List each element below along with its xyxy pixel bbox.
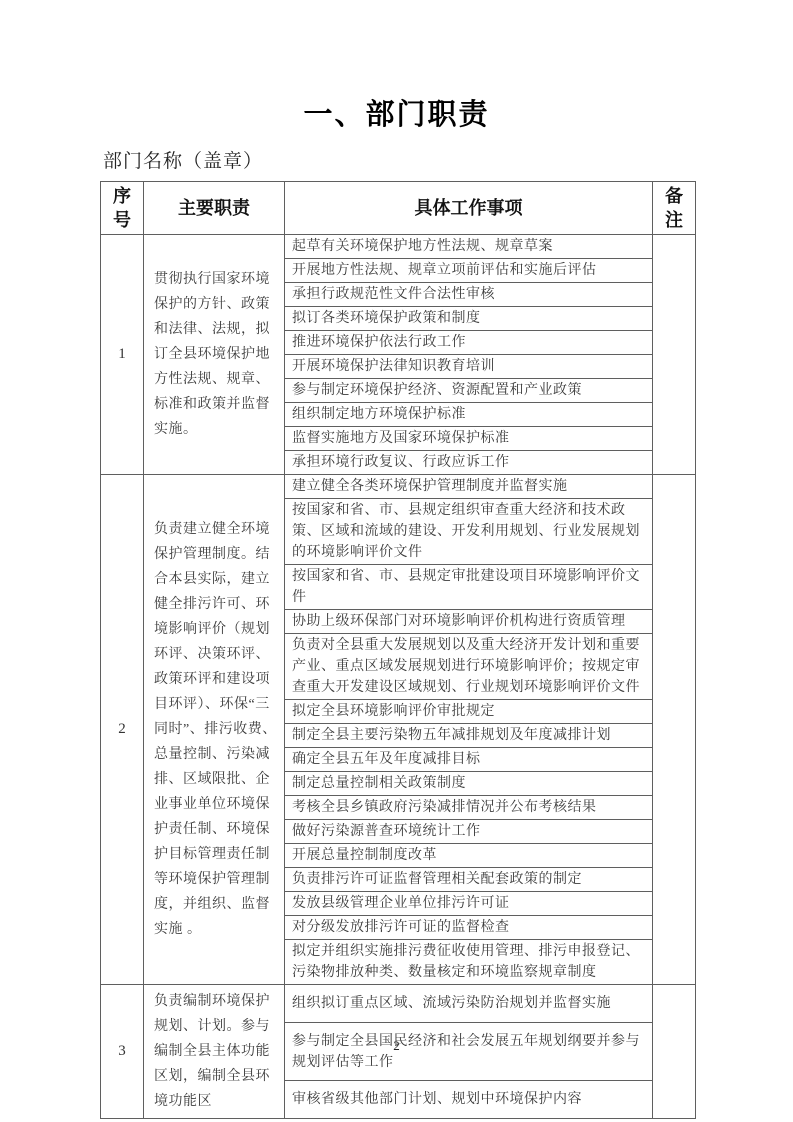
table-header-row: 序号 主要职责 具体工作事项 备注 <box>101 182 695 235</box>
work-item-cell: 拟定并组织实施排污费征收使用管理、排污申报登记、污染物排放种类、数量核定和环境监… <box>285 940 652 984</box>
work-item-cell: 制定总量控制相关政策制度 <box>285 772 652 796</box>
header-main-duty: 主要职责 <box>144 182 285 234</box>
work-item-cell: 负责对全县重大发展规划以及重大经济开发计划和重要产业、重点区域发展规划进行环境影… <box>285 634 652 700</box>
page-title: 一、部门职责 <box>0 92 793 133</box>
main-duty-cell: 贯彻执行国家环境保护的方针、政策和法律、法规，拟订全县环境保护地方性法规、规章、… <box>144 235 285 474</box>
work-items-column: 建立健全各类环境保护管理制度并监督实施按国家和省、市、县规定组织审查重大经济和技… <box>285 475 653 984</box>
work-item-cell: 起草有关环境保护地方性法规、规章草案 <box>285 235 652 259</box>
remark-cell <box>653 235 695 474</box>
page-number: 2 <box>0 1038 793 1054</box>
work-item-cell: 组织制定地方环境保护标准 <box>285 403 652 427</box>
work-item-cell: 制定全县主要污染物五年减排规划及年度减排计划 <box>285 724 652 748</box>
header-remark: 备注 <box>653 182 695 234</box>
remark-cell <box>653 475 695 984</box>
row-index-cell: 2 <box>101 475 144 984</box>
work-item-cell: 开展环境保护法律知识教育培训 <box>285 355 652 379</box>
work-item-cell: 组织拟订重点区域、流域污染防治规划并监督实施 <box>285 985 652 1023</box>
header-work-items: 具体工作事项 <box>285 182 653 234</box>
work-item-cell: 承担行政规范性文件合法性审核 <box>285 283 652 307</box>
work-item-cell: 对分级发放排污许可证的监督检查 <box>285 916 652 940</box>
work-item-cell: 审核省级其他部门计划、规划中环境保护内容 <box>285 1081 652 1118</box>
department-name-label: 部门名称（盖章） <box>103 146 263 173</box>
row-index-cell: 1 <box>101 235 144 474</box>
work-item-cell: 做好污染源普查环境统计工作 <box>285 820 652 844</box>
work-item-cell: 按国家和省、市、县规定组织审查重大经济和技术政策、区域和流域的建设、开发利用规划… <box>285 499 652 565</box>
table-body: 1贯彻执行国家环境保护的方针、政策和法律、法规，拟订全县环境保护地方性法规、规章… <box>101 235 695 1118</box>
work-item-cell: 负责排污许可证监督管理相关配套政策的制定 <box>285 868 652 892</box>
work-item-cell: 建立健全各类环境保护管理制度并监督实施 <box>285 475 652 499</box>
work-item-cell: 发放县级管理企业单位排污许可证 <box>285 892 652 916</box>
work-item-cell: 开展总量控制制度改革 <box>285 844 652 868</box>
main-duty-cell: 负责建立健全环境保护管理制度。结合本县实际，建立健全排污许可、环境影响评价（规划… <box>144 475 285 984</box>
work-item-cell: 考核全县乡镇政府污染减排情况并公布考核结果 <box>285 796 652 820</box>
header-index: 序号 <box>101 182 144 234</box>
work-item-cell: 协助上级环保部门对环境影响评价机构进行资质管理 <box>285 610 652 634</box>
work-item-cell: 参与制定环境保护经济、资源配置和产业政策 <box>285 379 652 403</box>
work-item-cell: 推进环境保护依法行政工作 <box>285 331 652 355</box>
work-item-cell: 按国家和省、市、县规定审批建设项目环境影响评价文件 <box>285 565 652 610</box>
work-item-cell: 拟订各类环境保护政策和制度 <box>285 307 652 331</box>
main-duty-text: 贯彻执行国家环境保护的方针、政策和法律、法规，拟订全县环境保护地方性法规、规章、… <box>154 267 280 442</box>
table-row: 1贯彻执行国家环境保护的方针、政策和法律、法规，拟订全县环境保护地方性法规、规章… <box>101 235 695 475</box>
work-item-cell: 承担环境行政复议、行政应诉工作 <box>285 451 652 474</box>
work-item-cell: 拟定全县环境影响评价审批规定 <box>285 700 652 724</box>
work-item-cell: 开展地方性法规、规章立项前评估和实施后评估 <box>285 259 652 283</box>
work-item-cell: 监督实施地方及国家环境保护标准 <box>285 427 652 451</box>
work-item-cell: 确定全县五年及年度减排目标 <box>285 748 652 772</box>
duties-table: 序号 主要职责 具体工作事项 备注 1贯彻执行国家环境保护的方针、政策和法律、法… <box>100 181 696 1119</box>
main-duty-text: 负责建立健全环境保护管理制度。结合本县实际，建立健全排污许可、环境影响评价（规划… <box>154 517 280 942</box>
work-items-column: 起草有关环境保护地方性法规、规章草案开展地方性法规、规章立项前评估和实施后评估承… <box>285 235 653 474</box>
table-row: 2负责建立健全环境保护管理制度。结合本县实际，建立健全排污许可、环境影响评价（规… <box>101 475 695 985</box>
